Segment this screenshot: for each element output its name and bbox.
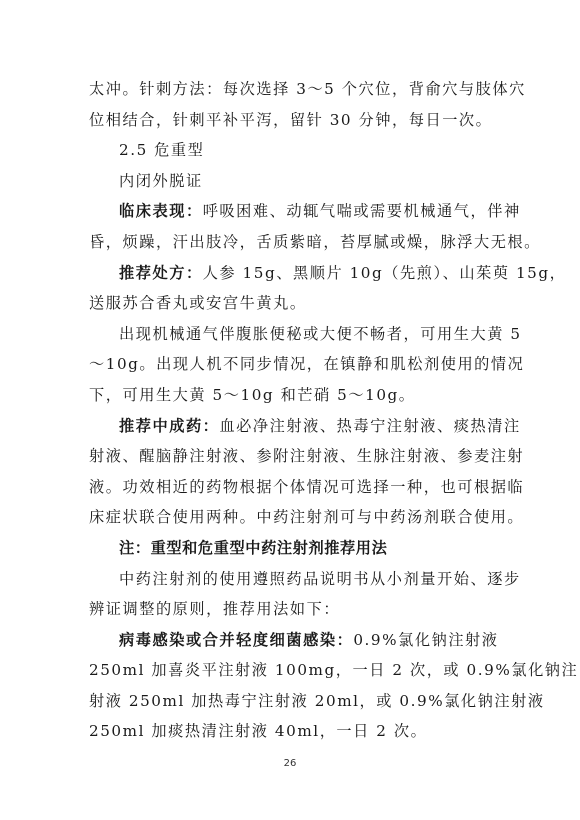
paragraph-line: 辨证调整的原则，推荐用法如下： bbox=[89, 594, 493, 625]
note-heading: 注：重型和危重型中药注射剂推荐用法 bbox=[89, 533, 493, 564]
bold-label: 推荐中成药： bbox=[119, 417, 219, 435]
paragraph-line: 床症状联合使用两种。中药注射剂可与中药汤剂联合使用。 bbox=[89, 502, 493, 533]
paragraph-line: 送服苏合香丸或安宫牛黄丸。 bbox=[89, 288, 493, 319]
usage-line: 病毒感染或合并轻度细菌感染：0.9%氯化钠注射液 bbox=[89, 625, 493, 656]
line-text: 血必净注射液、热毒宁注射液、痰热清注 bbox=[219, 417, 520, 435]
line-text: 人参 15g、黑顺片 10g（先煎）、山茱萸 15g， bbox=[203, 264, 567, 282]
paragraph-line: 250ml 加痰热清注射液 40ml，一日 2 次。 bbox=[89, 716, 493, 747]
page-number: 26 bbox=[0, 758, 580, 769]
document-page: 太冲。针刺方法：每次选择 3～5 个穴位，背俞穴与肢体穴 位相结合，针刺平补平泻… bbox=[89, 74, 493, 747]
section-heading: 2.5 危重型 bbox=[89, 135, 493, 166]
line-text: 0.9%氯化钠注射液 bbox=[353, 631, 498, 649]
bold-label: 推荐处方： bbox=[119, 264, 203, 282]
subsection-heading: 内闭外脱证 bbox=[89, 166, 493, 197]
paragraph-line: 中药注射剂的使用遵照药品说明书从小剂量开始、逐步 bbox=[89, 564, 493, 595]
clinical-manifestation-line: 临床表现：呼吸困难、动辄气喘或需要机械通气，伴神 bbox=[89, 196, 493, 227]
paragraph-line: ～10g。出现人机不同步情况，在镇静和肌松剂使用的情况 bbox=[89, 349, 493, 380]
paragraph-line: 昏，烦躁，汗出肢冷，舌质紫暗，苔厚腻或燥，脉浮大无根。 bbox=[89, 227, 493, 258]
paragraph-line: 出现机械通气伴腹胀便秘或大便不畅者，可用生大黄 5 bbox=[89, 319, 493, 350]
paragraph-line: 太冲。针刺方法：每次选择 3～5 个穴位，背俞穴与肢体穴 bbox=[89, 74, 493, 105]
paragraph-line: 射液 250ml 加热毒宁注射液 20ml，或 0.9%氯化钠注射液 bbox=[89, 686, 493, 717]
paragraph-line: 液。功效相近的药物根据个体情况可选择一种，也可根据临 bbox=[89, 472, 493, 503]
bold-label: 病毒感染或合并轻度细菌感染： bbox=[119, 631, 353, 649]
patent-medicine-line: 推荐中成药：血必净注射液、热毒宁注射液、痰热清注 bbox=[89, 411, 493, 442]
paragraph-line: 250ml 加喜炎平注射液 100mg，一日 2 次，或 0.9%氯化钠注 bbox=[89, 655, 493, 686]
paragraph-line: 位相结合，针刺平补平泻，留针 30 分钟，每日一次。 bbox=[89, 105, 493, 136]
prescription-line: 推荐处方：人参 15g、黑顺片 10g（先煎）、山茱萸 15g， bbox=[89, 258, 493, 289]
paragraph-line: 射液、醒脑静注射液、参附注射液、生脉注射液、参麦注射 bbox=[89, 441, 493, 472]
line-text: 呼吸困难、动辄气喘或需要机械通气，伴神 bbox=[203, 202, 521, 220]
paragraph-line: 下，可用生大黄 5～10g 和芒硝 5～10g。 bbox=[89, 380, 493, 411]
bold-label: 临床表现： bbox=[119, 202, 203, 220]
